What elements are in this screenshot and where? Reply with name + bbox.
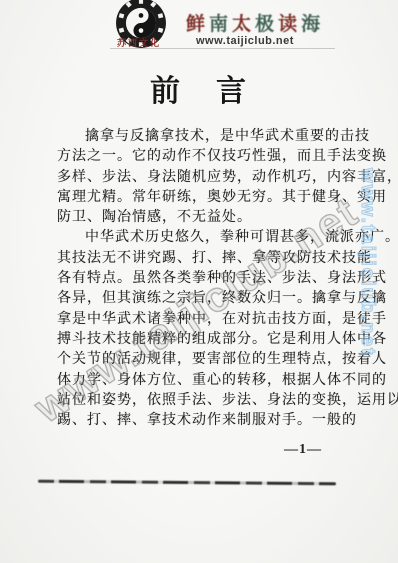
body-line: 踢、打、摔、拿技术动作来制服对手。一般的 xyxy=(57,411,348,431)
body-line: 多样、步法、身法随机应势，动作机巧，内容丰富， xyxy=(57,168,348,188)
stamp-char: 南 xyxy=(209,14,232,35)
body-line: 站位和姿势，依照手法、步法、身法的变换，运用以 xyxy=(57,391,348,411)
header-divider xyxy=(110,48,335,49)
title-char: 言 xyxy=(216,66,248,110)
title-char: 前 xyxy=(150,66,182,110)
page-number: —1— xyxy=(284,442,322,458)
body-line: 体力学、身体方位、重心的转移，根据人体不同的 xyxy=(57,371,348,391)
body-line: 方法之一。它的动作不仅技巧性强，而且手法变换 xyxy=(57,147,348,167)
scanned-book-page: 鲜南太极读海 苏西文化 www.taijiclub.net 前 言 擒拿与反擒拿… xyxy=(0,0,398,563)
stamp-char: 读 xyxy=(278,14,301,35)
body-line: 中华武术历史悠久，拳种可谓甚多，流派亦广。 xyxy=(57,228,348,248)
stamp-char: 太 xyxy=(232,14,255,35)
scan-artifact-line xyxy=(38,480,336,486)
stamp-char: 海 xyxy=(301,14,324,35)
body-line: 拿是中华武术诸拳种中，在对抗击技方面，是徒手 xyxy=(57,310,348,330)
stamp-char: 鲜 xyxy=(186,14,209,35)
page-title: 前 言 xyxy=(0,66,398,110)
body-line: 个关节的活动规律，要害部位的生理特点，按着人 xyxy=(57,350,348,370)
body-line: 防卫、陶冶情感，不无益处。 xyxy=(57,208,348,228)
stamp-char: 极 xyxy=(255,14,278,35)
body-line: 各有特点。虽然各类拳种的手法、步法、身法形式 xyxy=(57,269,348,289)
body-line: 其技法无不讲究踢、打、摔、拿等攻防技术技能 xyxy=(57,249,348,269)
body-line: 搏斗技术技能精粹的组成部分。它是利用人体中各 xyxy=(57,330,348,350)
website-url-text: www.taijiclub.net xyxy=(196,35,294,47)
body-line: 寓理尤精。常年研练，奥妙无穷。其于健身、实用 xyxy=(57,188,348,208)
body-line: 擒拿与反擒拿技术，是中华武术重要的击技 xyxy=(57,127,348,147)
body-line: 各异，但其演练之宗旨，终数众归一。擒拿与反擒 xyxy=(57,289,348,309)
body-text: 擒拿与反擒拿技术，是中华武术重要的击技 方法之一。它的动作不仅技巧性强，而且手法… xyxy=(57,127,348,431)
header-stamp-text: 鲜南太极读海 xyxy=(186,9,324,36)
